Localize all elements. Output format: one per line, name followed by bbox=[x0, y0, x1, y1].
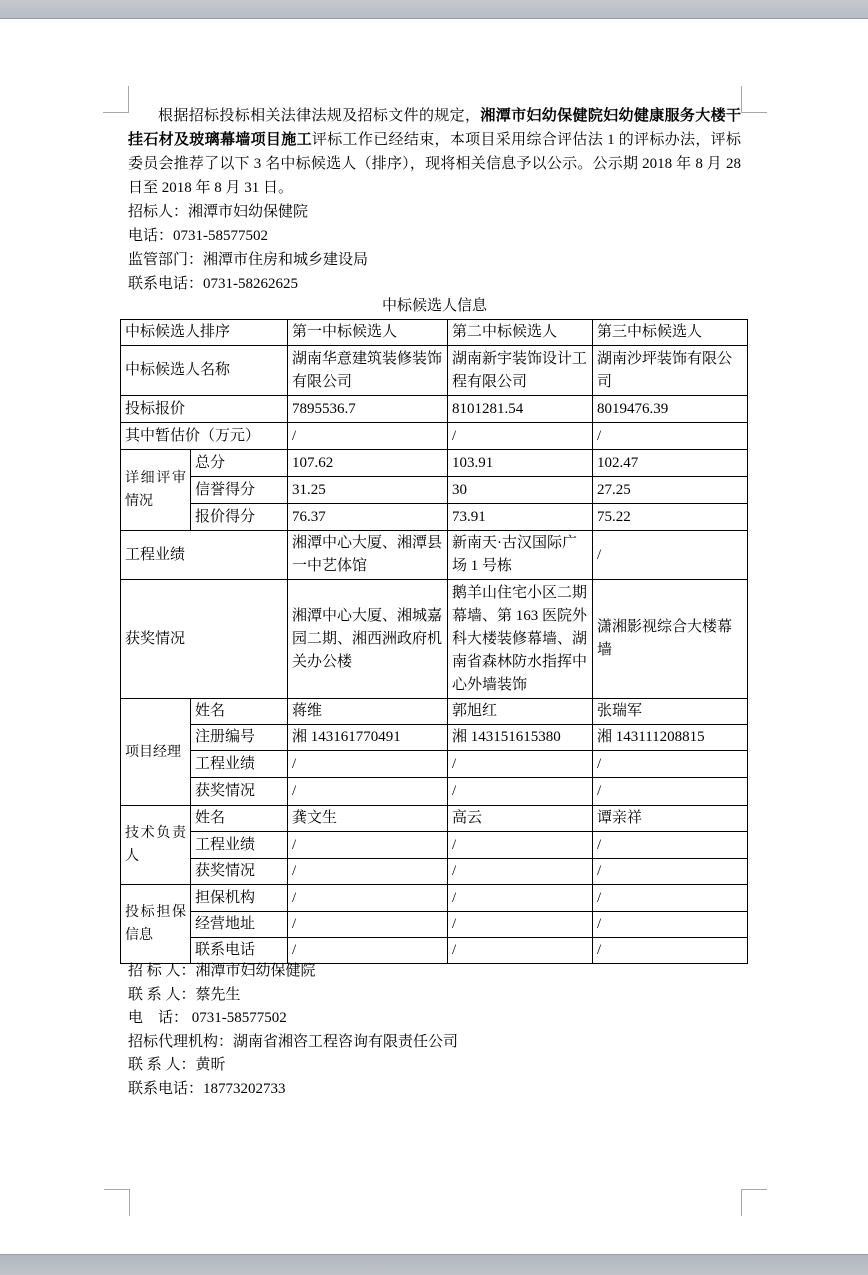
table-row: 工程业绩 / / / bbox=[121, 751, 748, 778]
data-cell: 31.25 bbox=[288, 477, 448, 504]
data-cell: / bbox=[448, 778, 593, 806]
data-cell: / bbox=[448, 423, 593, 450]
table-row: 获奖情况 / / / bbox=[121, 778, 748, 806]
data-cell: 新南天·古汉国际广场 1 号栋 bbox=[448, 531, 593, 580]
data-cell: 湘潭中心大厦、湘城嘉园二期、湘西洲政府机关办公楼 bbox=[288, 580, 448, 699]
footer-agency-phone-line: 联系电话：18773202733 bbox=[128, 1078, 741, 1102]
table-row: 信誉得分 31.25 30 27.25 bbox=[121, 477, 748, 504]
data-cell: / bbox=[593, 423, 748, 450]
bottom-chrome-bar bbox=[0, 1254, 868, 1275]
data-cell: 75.22 bbox=[593, 504, 748, 531]
group-label-cell: 技术负责人 bbox=[121, 806, 191, 885]
sub-label-cell: 姓名 bbox=[191, 699, 288, 725]
sub-label-cell: 获奖情况 bbox=[191, 778, 288, 806]
data-cell: 73.91 bbox=[448, 504, 593, 531]
table-row: 详细评审情况 总分 107.62 103.91 102.47 bbox=[121, 450, 748, 477]
data-cell: 8019476.39 bbox=[593, 396, 748, 423]
data-cell: / bbox=[288, 859, 448, 885]
data-cell: / bbox=[288, 912, 448, 938]
data-cell: / bbox=[593, 751, 748, 778]
sub-label-cell: 注册编号 bbox=[191, 725, 288, 751]
intro-lead-text: 根据招标投标相关法律法规及招标文件的规定， bbox=[158, 108, 480, 124]
data-cell: / bbox=[593, 778, 748, 806]
footer-phone-line: 电 话： 0731-58577502 bbox=[128, 1007, 741, 1031]
table-row: 其中暂估价（万元） / / / bbox=[121, 423, 748, 450]
data-cell: / bbox=[288, 832, 448, 859]
group-label-cell: 投标担保信息 bbox=[121, 885, 191, 964]
footer-contacts-block: 招 标 人：湘潭市妇幼保健院 联 系 人：蔡先生 电 话： 0731-58577… bbox=[128, 960, 741, 1101]
data-cell: 湘 143161770491 bbox=[288, 725, 448, 751]
sub-label-cell: 信誉得分 bbox=[191, 477, 288, 504]
table-row: 获奖情况 湘潭中心大厦、湘城嘉园二期、湘西洲政府机关办公楼 鹅羊山住宅小区二期幕… bbox=[121, 580, 748, 699]
sub-label-cell: 担保机构 bbox=[191, 885, 288, 912]
table-row: 报价得分 76.37 73.91 75.22 bbox=[121, 504, 748, 531]
data-cell: 湘 143111208815 bbox=[593, 725, 748, 751]
data-cell: / bbox=[593, 531, 748, 580]
data-cell: 103.91 bbox=[448, 450, 593, 477]
sub-label-cell: 姓名 bbox=[191, 806, 288, 832]
group-label-cell: 项目经理 bbox=[121, 699, 191, 806]
data-cell: 张瑞军 bbox=[593, 699, 748, 725]
table-row: 中标候选人排序 第一中标候选人 第二中标候选人 第三中标候选人 bbox=[121, 320, 748, 346]
data-cell: 湘潭中心大厦、湘潭县一中艺体馆 bbox=[288, 531, 448, 580]
data-cell: 湖南沙坪装饰有限公司 bbox=[593, 346, 748, 396]
data-cell: / bbox=[288, 423, 448, 450]
data-cell: 第三中标候选人 bbox=[593, 320, 748, 346]
table-row: 获奖情况 / / / bbox=[121, 859, 748, 885]
table-row: 投标报价 7895536.7 8101281.54 8019476.39 bbox=[121, 396, 748, 423]
sub-label-cell: 获奖情况 bbox=[191, 859, 288, 885]
data-cell: / bbox=[448, 832, 593, 859]
text-boundary-mark-bottom-right bbox=[741, 1189, 767, 1216]
tenderer-line: 招标人：湘潭市妇幼保健院 bbox=[128, 200, 741, 224]
text-boundary-mark-top-left bbox=[103, 86, 129, 113]
sub-label-cell: 经营地址 bbox=[191, 912, 288, 938]
data-cell: 第二中标候选人 bbox=[448, 320, 593, 346]
row-label-cell: 获奖情况 bbox=[121, 580, 288, 699]
data-cell: 27.25 bbox=[593, 477, 748, 504]
data-cell: 102.47 bbox=[593, 450, 748, 477]
data-cell: / bbox=[288, 885, 448, 912]
table-row: 投标担保信息 担保机构 / / / bbox=[121, 885, 748, 912]
regulator-line: 监管部门：湘潭市住房和城乡建设局 bbox=[128, 248, 741, 272]
data-cell: / bbox=[593, 885, 748, 912]
footer-tenderer-line: 招 标 人：湘潭市妇幼保健院 bbox=[128, 960, 741, 984]
data-cell: 30 bbox=[448, 477, 593, 504]
data-cell: 谭亲祥 bbox=[593, 806, 748, 832]
row-label-cell: 中标候选人排序 bbox=[121, 320, 288, 346]
data-cell: 蒋维 bbox=[288, 699, 448, 725]
data-cell: 76.37 bbox=[288, 504, 448, 531]
data-cell: 107.62 bbox=[288, 450, 448, 477]
data-cell: / bbox=[448, 751, 593, 778]
tenderer-phone-line: 电话：0731-58577502 bbox=[128, 224, 741, 248]
table-row: 项目经理 姓名 蒋维 郭旭红 张瑞军 bbox=[121, 699, 748, 725]
sub-label-cell: 工程业绩 bbox=[191, 751, 288, 778]
data-cell: 龚文生 bbox=[288, 806, 448, 832]
top-chrome-bar bbox=[0, 0, 868, 19]
text-boundary-mark-top-right bbox=[741, 86, 767, 113]
candidates-table: 中标候选人排序 第一中标候选人 第二中标候选人 第三中标候选人 中标候选人名称 … bbox=[120, 319, 748, 964]
data-cell: / bbox=[448, 912, 593, 938]
row-label-cell: 其中暂估价（万元） bbox=[121, 423, 288, 450]
table-row: 技术负责人 姓名 龚文生 高云 谭亲祥 bbox=[121, 806, 748, 832]
data-cell: / bbox=[288, 751, 448, 778]
data-cell: 7895536.7 bbox=[288, 396, 448, 423]
data-cell: / bbox=[593, 859, 748, 885]
sub-label-cell: 报价得分 bbox=[191, 504, 288, 531]
row-label-cell: 中标候选人名称 bbox=[121, 346, 288, 396]
data-cell: 郭旭红 bbox=[448, 699, 593, 725]
table-row: 工程业绩 / / / bbox=[121, 832, 748, 859]
table-row: 注册编号 湘 143161770491 湘 143151615380 湘 143… bbox=[121, 725, 748, 751]
data-cell: / bbox=[593, 832, 748, 859]
table-title: 中标候选人信息 bbox=[128, 296, 741, 316]
data-cell: / bbox=[448, 859, 593, 885]
regulator-phone-line: 联系电话：0731-58262625 bbox=[128, 272, 741, 296]
data-cell: 湖南新宇装饰设计工程有限公司 bbox=[448, 346, 593, 396]
intro-paragraph: 根据招标投标相关法律法规及招标文件的规定，湘潭市妇幼保健院妇幼健康服务大楼干挂石… bbox=[128, 104, 741, 200]
document-page: 根据招标投标相关法律法规及招标文件的规定，湘潭市妇幼保健院妇幼健康服务大楼干挂石… bbox=[0, 0, 868, 1275]
data-cell: 鹅羊山住宅小区二期幕墙、第 163 医院外科大楼装修幕墙、湖南省森林防水指挥中心… bbox=[448, 580, 593, 699]
data-cell: 第一中标候选人 bbox=[288, 320, 448, 346]
table-row: 工程业绩 湘潭中心大厦、湘潭县一中艺体馆 新南天·古汉国际广场 1 号栋 / bbox=[121, 531, 748, 580]
footer-agency-contact-line: 联 系 人：黄昕 bbox=[128, 1054, 741, 1078]
data-cell: 湖南华意建筑装修装饰有限公司 bbox=[288, 346, 448, 396]
sub-label-cell: 总分 bbox=[191, 450, 288, 477]
data-cell: 高云 bbox=[448, 806, 593, 832]
footer-contact-person-line: 联 系 人：蔡先生 bbox=[128, 984, 741, 1008]
data-cell: / bbox=[448, 885, 593, 912]
group-label-cell: 详细评审情况 bbox=[121, 450, 191, 531]
data-cell: / bbox=[288, 778, 448, 806]
data-cell: / bbox=[593, 912, 748, 938]
data-cell: 8101281.54 bbox=[448, 396, 593, 423]
data-cell: 湘 143151615380 bbox=[448, 725, 593, 751]
sub-label-cell: 工程业绩 bbox=[191, 832, 288, 859]
text-boundary-mark-bottom-left bbox=[104, 1189, 130, 1216]
row-label-cell: 投标报价 bbox=[121, 396, 288, 423]
footer-agency-line: 招标代理机构：湖南省湘咨工程咨询有限责任公司 bbox=[128, 1031, 741, 1055]
data-cell: 潇湘影视综合大楼幕墙 bbox=[593, 580, 748, 699]
table-row: 中标候选人名称 湖南华意建筑装修装饰有限公司 湖南新宇装饰设计工程有限公司 湖南… bbox=[121, 346, 748, 396]
table-row: 经营地址 / / / bbox=[121, 912, 748, 938]
intro-block: 根据招标投标相关法律法规及招标文件的规定，湘潭市妇幼保健院妇幼健康服务大楼干挂石… bbox=[128, 104, 741, 296]
row-label-cell: 工程业绩 bbox=[121, 531, 288, 580]
